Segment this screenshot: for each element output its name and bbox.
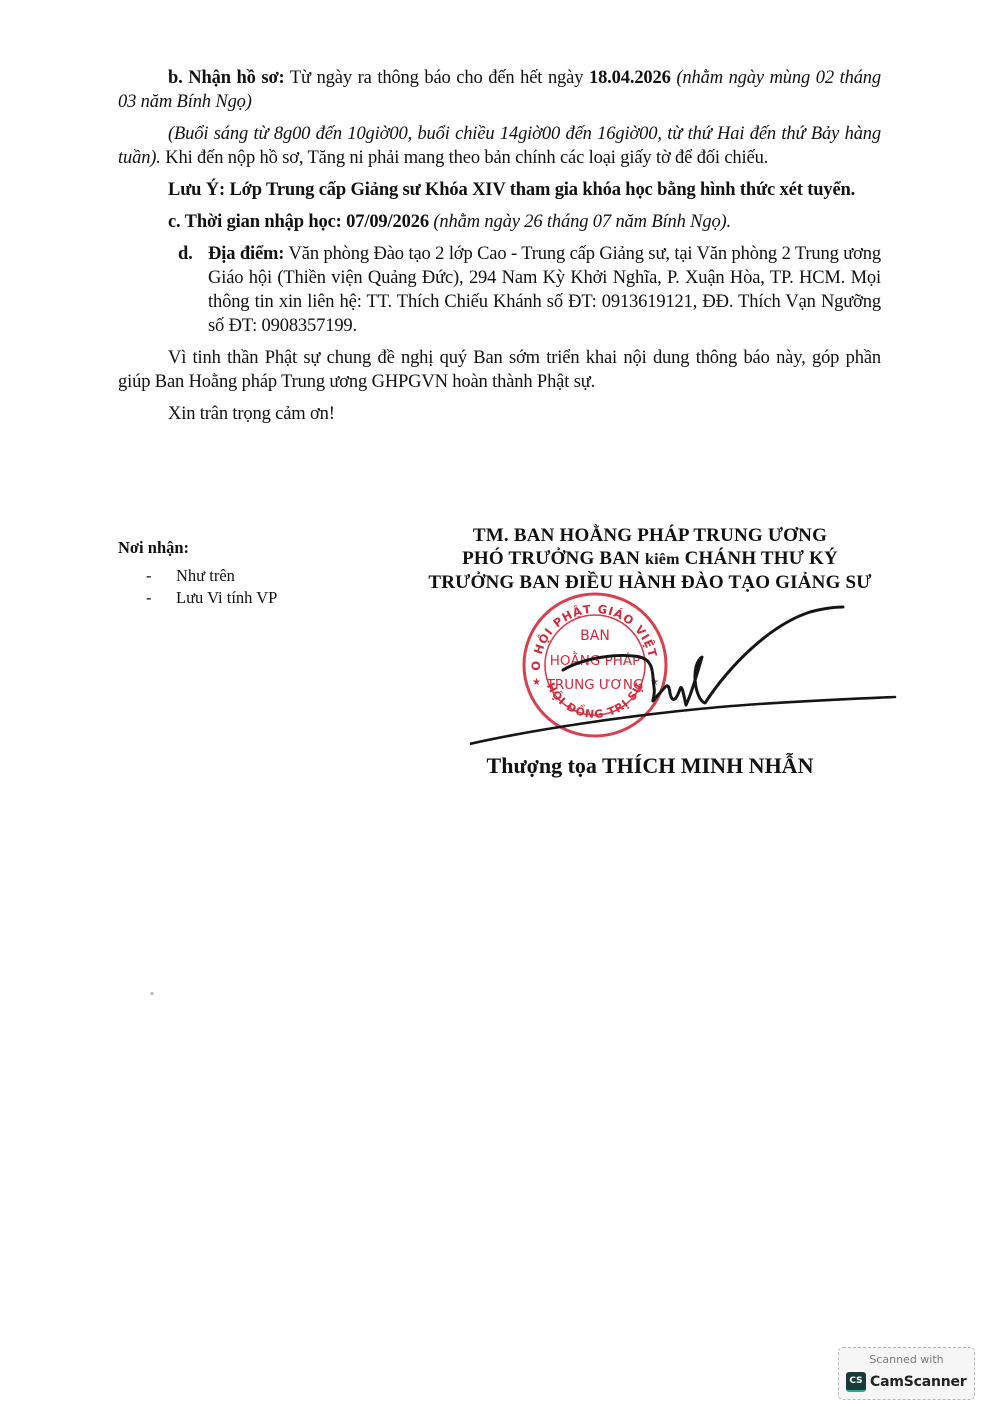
recipient-label: Như trên <box>176 566 235 585</box>
signer-name: Thượng tọa THÍCH MINH NHẪN <box>400 752 900 780</box>
title-part: kiêm <box>645 551 680 568</box>
section-c-paragraph: c. Thời gian nhập học: 07/09/2026 (nhằm … <box>118 210 881 234</box>
recipient-label: Lưu Vi tính VP <box>176 588 277 607</box>
signature-title-block: TM. BAN HOẰNG PHÁP TRUNG ƯƠNG PHÓ TRƯỞNG… <box>400 524 900 594</box>
note-paragraph: Lưu Ý: Lớp Trung cấp Giảng sư Khóa XIV t… <box>118 178 881 202</box>
section-c-label: c. Thời gian nhập học: 07/09/2026 <box>168 212 429 232</box>
camscanner-logo-icon: CS <box>846 1372 866 1392</box>
section-d-text: Văn phòng Đào tạo 2 lớp Cao - Trung cấp … <box>208 244 881 336</box>
camscanner-brand: CamScanner <box>870 1372 966 1392</box>
document-body: b. Nhận hồ sơ: Từ ngày ra thông báo cho … <box>118 66 881 434</box>
thanks-line: Xin trân trọng cảm ơn! <box>118 402 881 426</box>
recipient-item: - Như trên <box>118 565 277 587</box>
section-c-lunar-note: (nhằm ngày 26 tháng 07 năm Bính Ngọ). <box>429 212 731 232</box>
closing-paragraph: Vì tinh thần Phật sự chung đề nghị quý B… <box>118 346 881 394</box>
office-hours-paragraph: (Buổi sáng từ 8g00 đến 10giờ00, buổi chi… <box>118 122 881 170</box>
signature-title-line1: TM. BAN HOẰNG PHÁP TRUNG ƯƠNG <box>400 524 900 547</box>
scan-artifact <box>150 992 154 995</box>
handwritten-signature <box>470 595 900 755</box>
signature-title-line2: PHÓ TRƯỞNG BAN kiêm CHÁNH THƯ KÝ <box>400 547 900 571</box>
section-b-text: Từ ngày ra thông báo cho đến hết ngày <box>285 68 589 88</box>
dash-bullet: - <box>146 565 152 587</box>
scanned-with-label: Scanned with <box>839 1353 974 1366</box>
dash-bullet: - <box>146 587 152 609</box>
recipient-item: - Lưu Vi tính VP <box>118 587 277 609</box>
recipients-block: Nơi nhận: - Như trên - Lưu Vi tính VP <box>118 537 277 609</box>
deadline-date: 18.04.2026 <box>589 68 671 88</box>
document-page: b. Nhận hồ sơ: Từ ngày ra thông báo cho … <box>0 0 1000 1415</box>
documents-instruction: Khi đến nộp hồ sơ, Tăng ni phải mang the… <box>161 148 768 168</box>
section-d-marker: d. <box>178 242 208 266</box>
recipients-title: Nơi nhận: <box>118 537 277 559</box>
section-d-paragraph: d.Địa điểm: Văn phòng Đào tạo 2 lớp Cao … <box>178 242 881 338</box>
section-b-label: b. Nhận hồ sơ: <box>168 68 285 88</box>
title-part: CHÁNH THƯ KÝ <box>680 548 838 569</box>
section-d-label: Địa điểm: <box>208 244 284 264</box>
camscanner-watermark: Scanned with CS CamScanner <box>838 1347 975 1400</box>
title-part: PHÓ TRƯỞNG BAN <box>462 548 645 569</box>
section-b-paragraph: b. Nhận hồ sơ: Từ ngày ra thông báo cho … <box>118 66 881 114</box>
